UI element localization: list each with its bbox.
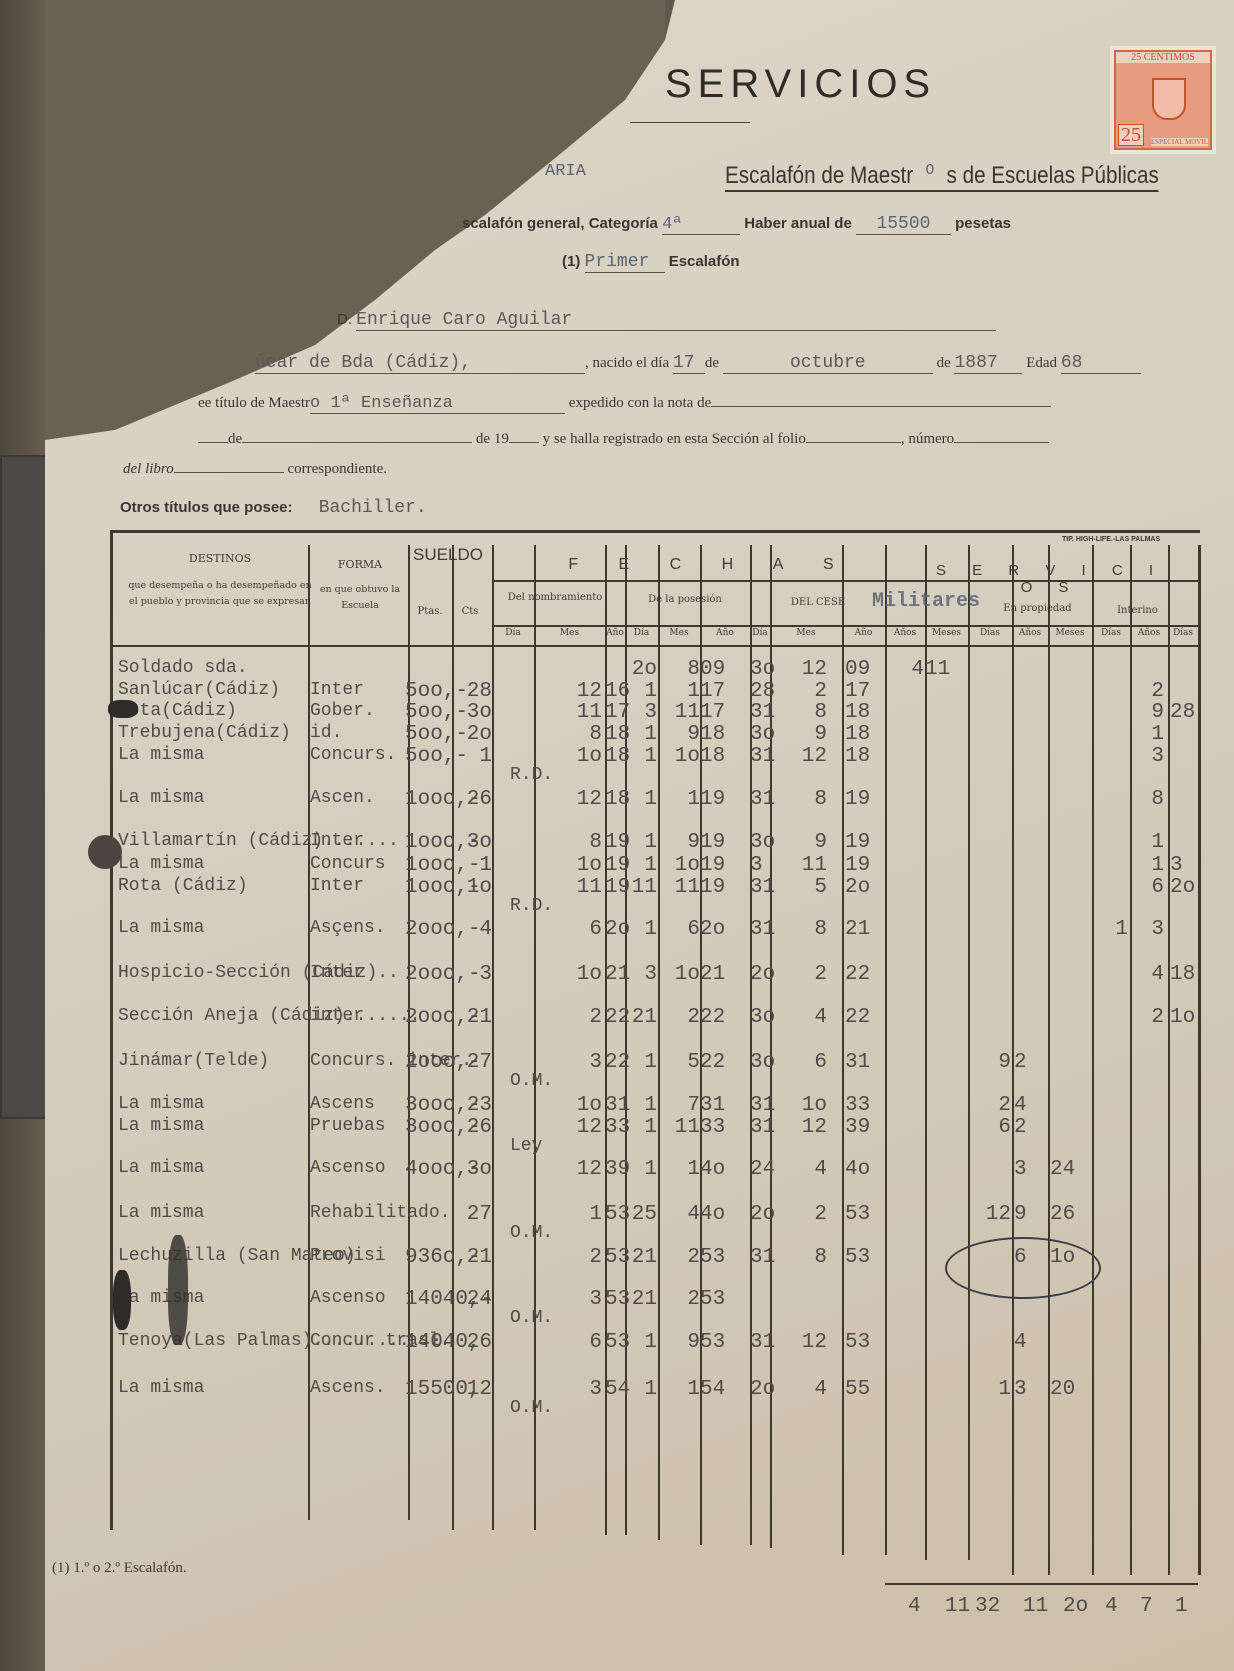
subheader-ano: Año	[700, 628, 750, 638]
cell-pm: 1o	[660, 745, 700, 768]
numero-label: , número	[901, 431, 954, 447]
cell-forma: Pruebas	[310, 1116, 410, 1136]
cell-pd: 21	[625, 1246, 657, 1269]
cell-forma: inter	[310, 1006, 410, 1026]
cell-pm: 2	[660, 1288, 700, 1311]
correspondiente-label: correspondiente.	[287, 461, 387, 477]
cell-s3d: 2o	[1170, 876, 1200, 899]
cell-forma: Provisi	[310, 1246, 410, 1266]
cell-cm: 12	[772, 1331, 827, 1354]
cell-s2m: 4	[1014, 1094, 1044, 1117]
cell-nm: 12	[540, 680, 602, 703]
cell-s3a: 1	[1090, 918, 1128, 941]
stamp-bottom-text: ESPECIAL MOVIL	[1151, 138, 1208, 146]
cell-pd: 1	[625, 854, 657, 877]
cell-cm: 8	[772, 701, 827, 724]
cell-cm: 8	[772, 1246, 827, 1269]
cell-pd: 21	[625, 1288, 657, 1311]
cell-pa: 21	[700, 963, 740, 986]
header-posesion: De la posesión	[630, 594, 740, 605]
cell-forma: Asçens.	[310, 918, 410, 938]
subheader-ano: Año	[842, 628, 885, 638]
cell-pa: 09	[700, 658, 740, 681]
table-top-border	[110, 530, 1200, 533]
cell-forma: Inter	[310, 963, 410, 983]
registrado-label: y se halla registrado en esta Sección al…	[543, 431, 806, 447]
cell-s2m: 3	[1014, 1158, 1044, 1181]
subheader-dias: Días	[968, 628, 1012, 638]
cell-forma: Inter	[310, 680, 410, 700]
torn-fragment-text: ARIA	[545, 162, 586, 181]
otros-value: Bachiller.	[319, 498, 427, 518]
cell-forma: Concurs.	[310, 745, 410, 765]
cell-ca: 39	[845, 1116, 885, 1139]
cell-s3m: 8	[1132, 788, 1164, 811]
cell-cts: 21	[450, 1246, 492, 1269]
cell-cts: 3o	[450, 701, 492, 724]
cell-pm: 1o	[660, 854, 700, 877]
cell-forma: Inter	[310, 831, 410, 851]
column-line	[885, 545, 887, 1555]
cell-s2d: 20	[1050, 1378, 1090, 1401]
haber-value: 15500	[856, 214, 951, 235]
libro-row: del libro correspondiente.	[123, 458, 387, 478]
libro-label: del libro	[123, 461, 174, 477]
titulo-row: ee título de Maestro 1ª Enseñanza expedi…	[198, 392, 1051, 414]
cell-s2m: 3	[1014, 1378, 1044, 1401]
column-line	[492, 545, 494, 1530]
escalafon-heading: Escalafón de Maestros de Escuelas Públic…	[725, 160, 1159, 192]
total-value: 4	[908, 1595, 921, 1618]
cell-pm: 11	[660, 701, 700, 724]
haber-label: Haber anual de	[744, 215, 852, 232]
cell-pm: 9	[660, 831, 700, 854]
title-ornament	[630, 122, 750, 123]
column-line	[534, 545, 536, 1530]
cell-destino: Lechuzilla (San Mateo)	[118, 1246, 308, 1266]
cell-s2m: 9	[1014, 1203, 1044, 1226]
cell-s2m: 2	[1014, 1116, 1044, 1139]
header-forma-sub: en que obtuvo la Escuela	[310, 582, 410, 614]
subheader-meses: Meses	[1048, 628, 1092, 638]
cell-ca: 4o	[845, 1158, 885, 1181]
pesetas-label: pesetas	[955, 215, 1011, 232]
header-ptas: Ptas.	[410, 606, 450, 617]
cell-cts: 26	[450, 1331, 492, 1354]
cell-cm: 4	[772, 1006, 827, 1029]
cell-cts: 26	[450, 1116, 492, 1139]
cell-ca: 22	[845, 1006, 885, 1029]
stamp-top-text: 25 CENTIMOS	[1116, 52, 1210, 63]
column-line	[1168, 545, 1170, 1575]
birth-day: 17	[673, 353, 705, 374]
cell-note: O.M.	[510, 1398, 553, 1418]
subheader-meses: Meses	[925, 628, 968, 638]
cell-ca: 17	[845, 680, 885, 703]
cell-cts: 27	[450, 1051, 492, 1074]
cell-pm: 6	[660, 918, 700, 941]
column-line	[1048, 545, 1050, 1575]
cell-cts: 12	[450, 1378, 492, 1401]
cell-nm: 12	[540, 788, 602, 811]
cell-pa: 19	[700, 831, 740, 854]
cell-pm: 9	[660, 723, 700, 746]
table-left-border	[110, 530, 113, 1530]
cell-pd: 3	[625, 963, 657, 986]
total-value: 7	[1140, 1595, 1153, 1618]
cell-forma: Gober.	[310, 701, 410, 721]
header-nombramiento: Del nombramiento	[490, 592, 620, 603]
cell-pm: 9	[660, 1331, 700, 1354]
subheader-anos: Años	[885, 628, 925, 638]
cell-pa: 53	[700, 1288, 740, 1311]
blank	[198, 428, 228, 443]
d-label: D.	[337, 311, 352, 328]
cell-nm: 2	[540, 1006, 602, 1029]
cell-pm: 1	[660, 1158, 700, 1181]
cell-destino: Sanlúcar(Cádiz)	[118, 680, 308, 700]
cell-destino: La misma	[118, 788, 308, 808]
cell-pa: 4o	[700, 1203, 740, 1226]
subheader-ano: Año	[605, 628, 625, 638]
cell-destino: La misma	[118, 1203, 308, 1223]
cell-ca: 2o	[845, 876, 885, 899]
birth-row: úcar de Bda (Cádiz),, nacido el día 17de…	[255, 353, 1141, 374]
cell-ca: 18	[845, 745, 885, 768]
column-line	[925, 545, 927, 1560]
cell-cts: 1	[450, 745, 492, 768]
cell-forma: Ascens	[310, 1094, 410, 1114]
cell-cm: 11	[772, 854, 827, 877]
cell-pm: 11	[660, 1116, 700, 1139]
cell-ca: 53	[845, 1246, 885, 1269]
blank	[242, 428, 472, 443]
cell-destino: La misma	[118, 854, 308, 874]
cell-s3m: 2	[1132, 1006, 1164, 1029]
cell-cm: 8	[772, 918, 827, 941]
cell-cts: 24	[450, 1288, 492, 1311]
cell-pd: 1	[625, 788, 657, 811]
cell-ca: 53	[845, 1331, 885, 1354]
libro-blank	[174, 458, 284, 473]
cell-destino: Rota (Cádiz)	[118, 876, 308, 896]
otros-titulos-row: Otros títulos que posee: Bachiller.	[120, 498, 427, 518]
cell-pa: 4o	[700, 1158, 740, 1181]
cell-s3d: 1o	[1170, 1006, 1200, 1029]
cell-s2m: 4	[1014, 1331, 1044, 1354]
cell-cts: 3o	[450, 831, 492, 854]
subheader-mes: Mes	[770, 628, 842, 638]
cell-pd: 1	[625, 1116, 657, 1139]
header-interino: Interino	[1090, 605, 1185, 616]
printer-credit: TIP. HIGH-LIFE.-LAS PALMAS	[1062, 536, 1160, 543]
cell-pa: 22	[700, 1006, 740, 1029]
subheader-mes: Mes	[658, 628, 700, 638]
cell-destino: La misma	[118, 1116, 308, 1136]
ink-blot	[108, 700, 138, 718]
table-right-border	[1198, 545, 1201, 1575]
cell-forma: Concurs	[310, 854, 410, 874]
page-title: SERVICIOS	[665, 62, 936, 107]
cell-ca: 09	[845, 658, 885, 681]
cell-ca: 53	[845, 1203, 885, 1226]
cell-forma: Concurs. inter.	[310, 1051, 410, 1071]
cell-destino: Tenoya(Las Palmas).........	[118, 1331, 308, 1351]
cell-s2a: 1	[965, 1378, 1011, 1401]
de-line-label: de	[228, 431, 242, 447]
total-value: 4	[1105, 1595, 1118, 1618]
header-propiedad: En propiedad	[990, 603, 1085, 614]
cell-s3d: 28	[1170, 701, 1200, 724]
cell-pa: 53	[700, 1331, 740, 1354]
subheader-anos: Años	[1012, 628, 1048, 638]
birth-month: octubre	[723, 353, 933, 374]
cell-nm: 8	[540, 723, 602, 746]
cell-cm: 2	[772, 963, 827, 986]
cell-pd: 1	[625, 1051, 657, 1074]
cell-pd: 1	[625, 1331, 657, 1354]
cell-pa: 19	[700, 876, 740, 899]
cell-cm: 8	[772, 788, 827, 811]
coat-of-arms-icon	[1152, 78, 1186, 120]
cell-s3m: 3	[1132, 745, 1164, 768]
cell-nm: 6	[540, 1331, 602, 1354]
cell-pd: 1	[625, 918, 657, 941]
registro-row: de de 19 y se halla registrado en esta S…	[198, 428, 1049, 448]
fechas-separator	[492, 580, 887, 582]
cell-pm: 1	[660, 788, 700, 811]
categoria-label: scalafón general, Categoría	[462, 215, 658, 232]
cell-pm: 8	[660, 658, 700, 681]
header-sueldo: SUELDO	[412, 545, 484, 565]
cell-s3d: 3	[1170, 854, 1200, 877]
cell-pm: 5	[660, 1051, 700, 1074]
header-destinos: DESTINOS	[125, 552, 315, 565]
cell-forma: Ascen.	[310, 788, 410, 808]
cell-cts: 28	[450, 680, 492, 703]
cell-ca: 19	[845, 788, 885, 811]
cell-s1a: 4	[888, 658, 924, 681]
cell-pd: 3	[625, 701, 657, 724]
subheader-dia: Día	[625, 628, 658, 638]
cell-destino: Soldado sda.	[118, 658, 308, 678]
ink-blot	[113, 1270, 131, 1330]
cell-destino: Jinámar(Telde)	[118, 1051, 308, 1071]
de-label: de	[705, 355, 719, 371]
cell-ca: 22	[845, 963, 885, 986]
cell-note: O.M.	[510, 1071, 553, 1091]
cell-pm: 1	[660, 680, 700, 703]
cell-pa: 17	[700, 680, 740, 703]
cell-pa: 18	[700, 723, 740, 746]
cell-pa: 19	[700, 788, 740, 811]
header-destinos-sub: que desempeña o ha desempeñado en el pue…	[125, 578, 315, 610]
birthplace: úcar de Bda (Cádiz),	[255, 353, 585, 374]
cell-pd: 21	[625, 1006, 657, 1029]
categoria-row: scalafón general, Categoría 4ª Haber anu…	[462, 214, 1011, 235]
cell-pa: 17	[700, 701, 740, 724]
header-forma: FORMA	[310, 558, 410, 571]
cell-forma: Ascens.	[310, 1378, 410, 1398]
cell-pm: 7	[660, 1094, 700, 1117]
cell-pd: 2o	[625, 658, 657, 681]
total-value: 11	[945, 1595, 970, 1618]
cell-destino: Rota(Cádiz)	[118, 701, 308, 721]
cell-note: R.D.	[510, 896, 553, 916]
numero-blank	[954, 428, 1049, 443]
circled-total	[945, 1237, 1101, 1299]
total-value: 1	[1175, 1595, 1188, 1618]
cell-s3d: 18	[1170, 963, 1200, 986]
nota-blank	[711, 392, 1051, 407]
cell-nm: 12	[540, 1158, 602, 1181]
cell-pd: 11	[625, 876, 657, 899]
otros-label: Otros títulos que posee:	[120, 499, 293, 516]
subheader-mes: Mes	[534, 628, 605, 638]
cell-note: R.D.	[510, 765, 553, 785]
cell-cm: 5	[772, 876, 827, 899]
militares-overtype: Militares	[872, 590, 980, 613]
cell-destino: La misma	[118, 745, 308, 765]
cell-pm: 1o	[660, 963, 700, 986]
cell-note: O.M.	[510, 1223, 553, 1243]
cell-cm: 2	[772, 1203, 827, 1226]
cell-destino: Villamartín (Cádiz).......	[118, 831, 308, 851]
footnote: (1) 1.º o 2.º Escalafón.	[52, 1560, 187, 1577]
person-name: Enrique Caro Aguilar	[356, 310, 996, 331]
column-line	[1092, 545, 1094, 1575]
cell-cts: 1o	[450, 876, 492, 899]
de-label-2: de	[937, 355, 951, 371]
subheader-anos: Años	[1130, 628, 1168, 638]
cell-ca: 18	[845, 701, 885, 724]
cell-pd: 25	[625, 1203, 657, 1226]
cell-s3m: 3	[1132, 918, 1164, 941]
cell-destino: La misma	[118, 1158, 308, 1178]
cell-cts: 21	[450, 1006, 492, 1029]
cell-nm: 12	[540, 1116, 602, 1139]
cell-s2d: 24	[1050, 1158, 1090, 1181]
escalafon-number-value: Primer	[585, 252, 665, 273]
cell-pa: 2o	[700, 918, 740, 941]
escalafon-tail: s de Escuelas Públicas	[947, 162, 1159, 189]
cell-pd: 1	[625, 831, 657, 854]
cell-pm: 11	[660, 876, 700, 899]
cell-destino: Sección Aneja (Cádiz).......	[118, 1006, 308, 1026]
total-value: 11	[1023, 1595, 1048, 1618]
cell-note: O.M.	[510, 1308, 553, 1328]
cell-destino: La misma	[118, 1094, 308, 1114]
total-value: 2o	[1063, 1595, 1088, 1618]
revenue-stamp: 25 CENTIMOS 25 ESPECIAL MOVIL	[1110, 46, 1216, 154]
cell-s3m: 1	[1132, 723, 1164, 746]
subheader-dia: Día	[750, 628, 770, 638]
cell-cm: 12	[772, 1116, 827, 1139]
cell-nm: 8	[540, 831, 602, 854]
cell-destino: Hospicio-Sección (Cádiz)..	[118, 963, 308, 983]
cell-ca: 18	[845, 723, 885, 746]
cell-pm: 1	[660, 1378, 700, 1401]
cell-forma: Concur trasl.	[310, 1331, 410, 1351]
folio-blank	[806, 428, 901, 443]
cell-s3m: 1	[1132, 831, 1164, 854]
cell-pa: 53	[700, 1246, 740, 1269]
cell-pa: 33	[700, 1116, 740, 1139]
escalafon-fill: o	[913, 160, 946, 180]
cell-s2a: 2	[965, 1094, 1011, 1117]
cell-ca: 33	[845, 1094, 885, 1117]
column-line	[842, 545, 844, 1555]
cell-destino: Trebujena(Cádiz)	[118, 723, 308, 743]
cell-pa: 18	[700, 745, 740, 768]
cell-ca: 19	[845, 831, 885, 854]
escalafon-text: Escalafón de Maestr	[725, 162, 913, 189]
cell-cts: 23	[450, 1094, 492, 1117]
cell-pd: 1	[625, 680, 657, 703]
cell-forma: Ascenso	[310, 1158, 410, 1178]
cell-cm: 9	[772, 723, 827, 746]
cell-pd: 1	[625, 745, 657, 768]
cell-pd: 1	[625, 723, 657, 746]
footnote-ref: (1)	[562, 253, 580, 270]
cell-cts: 4	[450, 918, 492, 941]
subheader-dia: Día	[492, 628, 534, 638]
escalafon-number-row: (1) Primer Escalafón	[562, 252, 740, 273]
cell-pa: 31	[700, 1094, 740, 1117]
cell-forma: Ascenso	[310, 1288, 410, 1308]
cell-cm: 4	[772, 1378, 827, 1401]
cell-s3m: 9	[1132, 701, 1164, 724]
cell-s3m: 2	[1132, 680, 1164, 703]
cell-cm: 9	[772, 831, 827, 854]
cell-pa: 22	[700, 1051, 740, 1074]
binder-clip	[0, 455, 52, 1119]
cell-nm: 1o	[540, 963, 602, 986]
cell-pd: 1	[625, 1378, 657, 1401]
cell-cts: 3o	[450, 1158, 492, 1181]
cell-cm: 12	[772, 745, 827, 768]
total-value: 32	[975, 1595, 1000, 1618]
cell-ca: 21	[845, 918, 885, 941]
cell-ca: 19	[845, 854, 885, 877]
expedido-label: expedido con la nota de	[569, 395, 711, 411]
cell-s1m: 11	[925, 658, 965, 681]
cell-nm: 1o	[540, 1094, 602, 1117]
titulo-label: ee título de Maestr	[198, 395, 310, 411]
punch-hole	[88, 835, 122, 869]
nacido-label: , nacido el día	[585, 355, 669, 371]
birth-year: 1887	[954, 353, 1022, 374]
cell-cts: 2o	[450, 723, 492, 746]
cell-cts: 26	[450, 788, 492, 811]
cell-cts: 27	[450, 1203, 492, 1226]
header-cese: DEL CESE	[768, 597, 868, 608]
cell-destino: La misma	[118, 1288, 308, 1308]
cell-cm: 6	[772, 1051, 827, 1074]
cell-s3m: 6	[1132, 876, 1164, 899]
cell-nm: 2	[540, 1246, 602, 1269]
cell-s2a: 9	[965, 1051, 1011, 1074]
cell-destino: La misma	[118, 1378, 308, 1398]
ink-blot	[168, 1235, 188, 1345]
cell-nm: 6	[540, 918, 602, 941]
edad-value: 68	[1061, 353, 1141, 374]
cell-pa: 19	[700, 854, 740, 877]
cell-s2a: 12	[965, 1203, 1011, 1226]
cell-cts: 3	[450, 963, 492, 986]
cell-pa: 54	[700, 1378, 740, 1401]
cell-forma: Rehabilitado.	[310, 1203, 410, 1223]
